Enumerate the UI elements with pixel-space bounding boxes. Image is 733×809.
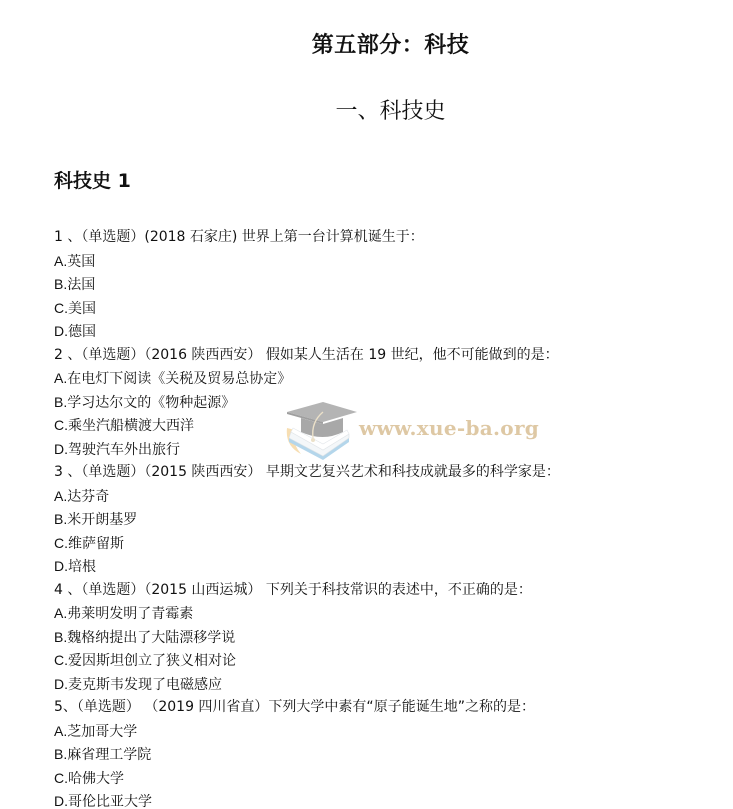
- section-title: 一、科技史: [0, 96, 733, 128]
- question-stem: 4 、（单选题）（2015 山西运城） 下列关于科技常识的表述中，不正确的是：: [54, 579, 714, 603]
- option-b: B.魏格纳提出了大陆漂移学说: [54, 626, 714, 650]
- option-text: 米开朗基罗: [67, 512, 137, 528]
- option-letter: B.: [54, 746, 67, 762]
- option-letter: A.: [54, 723, 67, 739]
- option-text: 达芬奇: [67, 489, 109, 505]
- option-d: D.哥伦比亚大学: [54, 790, 714, 809]
- option-text: 麦克斯韦发现了电磁感应: [68, 677, 222, 693]
- option-letter: C.: [54, 770, 68, 786]
- option-c: C.美国: [54, 297, 714, 321]
- option-letter: C.: [54, 300, 68, 316]
- option-b: B.米开朗基罗: [54, 508, 714, 532]
- option-d: D.驾驶汽车外出旅行: [54, 438, 714, 462]
- option-text: 培根: [68, 559, 96, 575]
- subsection-title: 科技史 1: [54, 167, 131, 195]
- option-d: D.麦克斯韦发现了电磁感应: [54, 673, 714, 697]
- question-stem: 5、（单选题） （2019 四川省直）下列大学中素有“原子能诞生地”之称的是：: [54, 696, 714, 720]
- option-text: 芝加哥大学: [67, 724, 137, 740]
- option-text: 法国: [67, 277, 95, 293]
- option-letter: D.: [54, 323, 68, 339]
- question-5: 5、（单选题） （2019 四川省直）下列大学中素有“原子能诞生地”之称的是： …: [54, 696, 714, 809]
- option-letter: B.: [54, 276, 67, 292]
- option-c: C.维萨留斯: [54, 532, 714, 556]
- option-a: A.达芬奇: [54, 485, 714, 509]
- question-stem: 3 、（单选题）（2015 陕西西安） 早期文艺复兴艺术和科技成就最多的科学家是…: [54, 461, 714, 485]
- option-c: C.乘坐汽船横渡大西洋: [54, 414, 714, 438]
- option-d: D.德国: [54, 320, 714, 344]
- option-c: C.爱因斯坦创立了狭义相对论: [54, 649, 714, 673]
- option-letter: B.: [54, 511, 67, 527]
- question-stem: 1 、（单选题）(2018 石家庄) 世界上第一台计算机诞生于：: [54, 226, 714, 250]
- question-1: 1 、（单选题）(2018 石家庄) 世界上第一台计算机诞生于： A.英国 B.…: [54, 226, 714, 344]
- option-text: 乘坐汽船横渡大西洋: [68, 418, 194, 434]
- option-d: D.培根: [54, 555, 714, 579]
- option-letter: D.: [54, 676, 68, 692]
- option-text: 麻省理工学院: [67, 747, 151, 763]
- option-text: 维萨留斯: [68, 536, 124, 552]
- option-c: C.哈佛大学: [54, 767, 714, 791]
- option-text: 哥伦比亚大学: [68, 794, 152, 809]
- option-text: 德国: [68, 324, 96, 340]
- option-a: A.在电灯下阅读《关税及贸易总协定》: [54, 367, 714, 391]
- question-4: 4 、（单选题）（2015 山西运城） 下列关于科技常识的表述中，不正确的是： …: [54, 579, 714, 697]
- option-letter: C.: [54, 535, 68, 551]
- option-a: A.弗莱明发明了青霉素: [54, 602, 714, 626]
- question-2: 2 、（单选题）（2016 陕西西安） 假如某人生活在 19 世纪，他不可能做到…: [54, 344, 714, 462]
- option-text: 美国: [68, 301, 96, 317]
- option-a: A.芝加哥大学: [54, 720, 714, 744]
- option-text: 英国: [67, 254, 95, 270]
- option-text: 在电灯下阅读《关税及贸易总协定》: [67, 371, 291, 387]
- option-text: 爱因斯坦创立了狭义相对论: [68, 653, 236, 669]
- option-letter: D.: [54, 441, 68, 457]
- option-letter: A.: [54, 253, 67, 269]
- question-list: 1 、（单选题）(2018 石家庄) 世界上第一台计算机诞生于： A.英国 B.…: [54, 226, 714, 809]
- option-letter: A.: [54, 605, 67, 621]
- option-letter: A.: [54, 488, 67, 504]
- option-text: 哈佛大学: [68, 771, 124, 787]
- question-3: 3 、（单选题）（2015 陕西西安） 早期文艺复兴艺术和科技成就最多的科学家是…: [54, 461, 714, 579]
- option-text: 学习达尔文的《物种起源》: [67, 395, 235, 411]
- option-text: 弗莱明发明了青霉素: [67, 606, 193, 622]
- part-title: 第五部分：科技: [0, 30, 733, 62]
- question-stem: 2 、（单选题）（2016 陕西西安） 假如某人生活在 19 世纪，他不可能做到…: [54, 344, 714, 368]
- option-b: B.法国: [54, 273, 714, 297]
- option-text: 驾驶汽车外出旅行: [68, 442, 180, 458]
- option-letter: A.: [54, 370, 67, 386]
- option-b: B.学习达尔文的《物种起源》: [54, 391, 714, 415]
- option-letter: C.: [54, 417, 68, 433]
- option-letter: C.: [54, 652, 68, 668]
- option-a: A.英国: [54, 250, 714, 274]
- option-b: B.麻省理工学院: [54, 743, 714, 767]
- option-letter: B.: [54, 394, 67, 410]
- option-letter: D.: [54, 793, 68, 809]
- option-letter: D.: [54, 558, 68, 574]
- option-text: 魏格纳提出了大陆漂移学说: [67, 630, 235, 646]
- option-letter: B.: [54, 629, 67, 645]
